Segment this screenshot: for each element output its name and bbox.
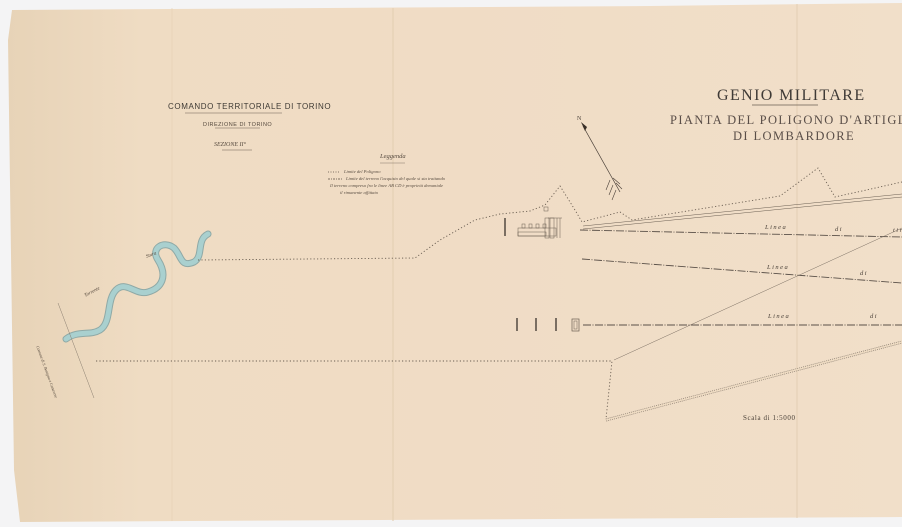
firing-line-1-label-c: tiro [893,227,902,234]
map-subtitle-line2: DI LOMBARDORE [733,129,855,144]
command-title: COMANDO TERRITORIALE DI TORINO [168,102,331,111]
scale-label: Scala di 1:5000 [743,414,796,422]
firing-line-2-label-b: di [860,270,868,277]
paper [8,3,902,522]
legend-item-polygon-limit: Limite del Poligono [344,169,381,174]
legend-note-line1: Il terreno compreso fra le linee AB CD è… [330,183,443,188]
firing-line-2-label-a: Linea [767,264,789,271]
firing-line-3-label-b: di [870,313,878,320]
map-title: GENIO MILITARE [717,87,866,105]
compass-north-label: N [577,116,581,122]
map-sheet: COMANDO TERRITORIALE DI TORINO DIREZIONE… [0,0,902,527]
directorate-subtitle: DIREZIONE DI TORINO [203,122,272,128]
legend-item-terrain-limit: Limite del terreno l'acquisto del quale … [346,176,445,181]
firing-line-1-label-b: di [835,226,843,233]
firing-line-3-label-a: Linea [768,313,790,320]
map-subtitle-line1: PIANTA DEL POLIGONO D'ARTIGLIERIA [670,113,902,128]
legend-note-line2: il rimanente affittato [340,190,378,195]
section-label: SEZIONE II° [214,142,246,148]
legend-title: Leggenda [380,153,406,160]
firing-line-1-label-a: Linea [765,224,787,231]
